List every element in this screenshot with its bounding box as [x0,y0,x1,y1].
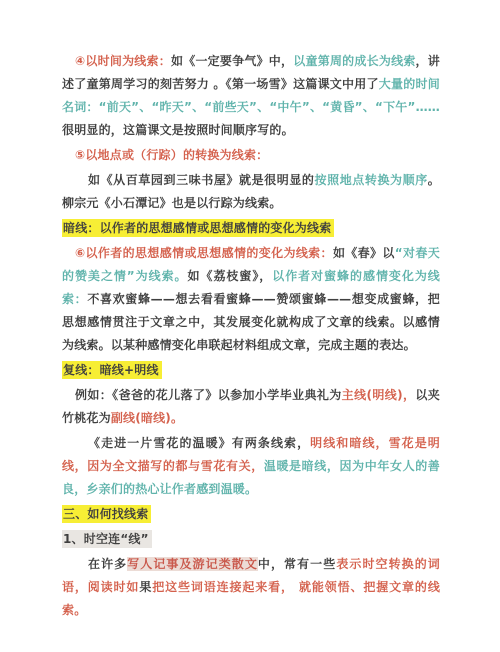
text-run: 不喜欢蜜蜂——想去看看蜜蜂——赞颂蜜蜂——想变成蜜蜂，把思想感情贯注于文章之中，… [62,292,440,352]
paragraph: ⑥以作者的思想感情或思想感情的变化为线索：如《春》以“对春天的赞美之情”为线索。… [62,242,440,357]
paragraph: 《走进一片雪花的温暖》有两条线索，明线和暗线，雪花是明线，因为全文描写的都与雪花… [62,432,440,501]
paragraph: 在许多写人记事及游记类散文中，常有一些表示时空转换的词语，阅读时如果把这些词语连… [62,553,440,622]
text-run: 很明显的，这篇课文是按照时间顺序写的。 [62,123,294,137]
paragraph: 如《从百草园到三味书屋》就是很明显的按照地点转换为顺序。柳宗元《小石潭记》也是以… [62,169,440,215]
paragraph: 例如：《爸爸的花儿落了》以参加小学毕业典礼为主线(明线)，以夹竹桃花为副线(暗线… [62,384,440,430]
text-run: 如《一定要争气》中， [171,54,293,68]
text-run: ⑤以地点或（行踪）的转换为线索： [75,148,268,162]
text-run: 按照地点转换为顺序 [315,173,428,187]
text-run: 三、如何找线索 [62,505,151,523]
text-run: 暗线：以作者的思想感情或思想感情的变化为线索 [62,219,334,237]
text-run: 《走进一片雪花的温暖》有两条线索， [88,436,310,450]
paragraph: 复线：暗线+明线 [62,359,440,382]
paragraph: ⑤以地点或（行踪）的转换为线索： [62,144,440,167]
text-run: 1、时空连“线” [62,530,152,548]
text-run: 如《春》以 [333,246,395,260]
paragraph: 暗线：以作者的思想感情或思想感情的变化为线索 [62,217,440,240]
text-run: 写人记事及游记类散文 [127,557,258,571]
text-run: 中，常有一些 [258,557,336,571]
text-run: 复线：暗线+明线 [62,361,162,379]
paragraph: 三、如何找线索 [62,503,440,526]
text-run: 果 [139,580,152,594]
paragraph: ④以时间为线索：如《一定要争气》中，以童第周的成长为线索，讲述了童第周学习的刻苦… [62,50,440,142]
paragraph: 1、时空连“线” [62,528,440,551]
text-run: 如《从百草园到三味书屋》就是很明显的 [88,173,315,187]
text-run: 如《荔枝蜜》， [188,269,273,283]
text-run: 主线(明线)， [342,388,416,402]
text-run: ⑥以作者的思想感情或思想感情的变化为线索： [75,246,333,260]
document-page: ④以时间为线索：如《一定要争气》中，以童第周的成长为线索，讲述了童第周学习的刻苦… [0,0,500,652]
text-run: 副线(暗线)。 [111,411,183,425]
text-run: 例如：《爸爸的花儿落了》以参加小学毕业典礼为 [75,388,342,402]
text-run: 在许多 [88,557,127,571]
text-run: 以童第周的成长为线索 [293,54,415,68]
text-run: ④以时间为线索： [75,54,171,68]
